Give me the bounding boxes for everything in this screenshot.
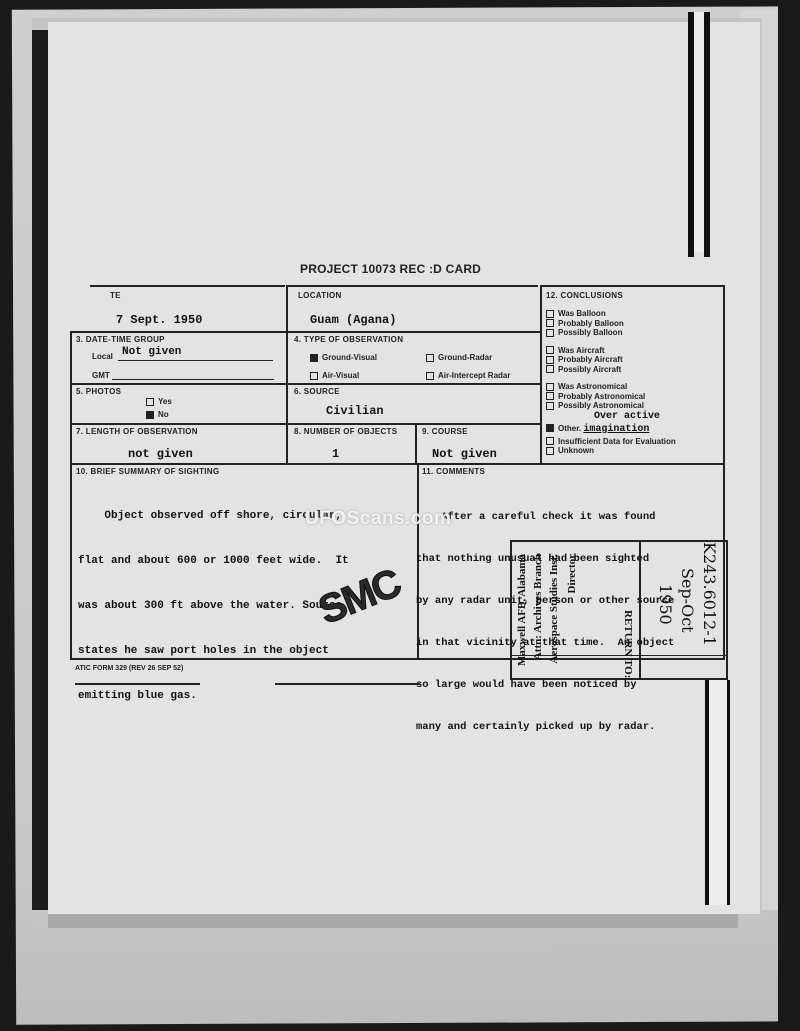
date-time-group-label: 3. DATE-TIME GROUP	[76, 335, 165, 344]
binder-strip-bottom	[705, 680, 729, 905]
rule	[70, 331, 542, 333]
checked-box-icon	[310, 354, 318, 362]
rule	[90, 285, 285, 287]
local-value: Not given	[122, 346, 181, 358]
empty-box-icon	[546, 383, 554, 391]
empty-box-icon	[426, 372, 434, 380]
conclusion-possibly-astronomical[interactable]: Possibly Astronomical	[546, 401, 676, 411]
return-address-line-1: Director	[566, 554, 578, 594]
source-label: 6. SOURCE	[294, 387, 340, 396]
rule	[540, 285, 542, 463]
checked-box-icon	[546, 424, 554, 432]
other-value: imagination	[583, 424, 649, 435]
rule	[286, 285, 288, 463]
empty-box-icon	[546, 319, 554, 327]
footer-rule	[75, 683, 200, 685]
rule	[726, 540, 728, 680]
checkbox-air-visual[interactable]: Air-Visual	[310, 371, 359, 380]
empty-box-icon	[426, 354, 434, 362]
gmt-label: GMT	[92, 371, 110, 380]
conclusion-possibly-balloon[interactable]: Possibly Balloon	[546, 328, 676, 338]
conclusion-probably-astronomical[interactable]: Probably Astronomical	[546, 392, 676, 402]
checkbox-photos-yes[interactable]: Yes	[146, 397, 172, 406]
type-of-observation-label: 4. TYPE OF OBSERVATION	[294, 335, 403, 344]
return-address-line-4: Maxwell AFB, Alabama	[516, 554, 528, 666]
date-label: TE	[110, 291, 121, 300]
form-footer: ATIC FORM 329 (REV 26 SEP 52)	[75, 665, 183, 672]
other-annotation: Over active	[594, 411, 724, 422]
conclusion-was-astronomical[interactable]: Was Astronomical	[546, 382, 676, 392]
handwritten-year: 1950	[656, 584, 675, 625]
local-label: Local	[92, 352, 113, 361]
conclusion-probably-aircraft[interactable]: Probably Aircraft	[546, 355, 676, 365]
empty-box-icon	[546, 356, 554, 364]
rule	[415, 423, 417, 463]
photos-label: 5. PHOTOS	[76, 387, 121, 396]
empty-box-icon	[310, 372, 318, 380]
conclusions-list: Was Balloon Probably Balloon Possibly Ba…	[546, 309, 676, 456]
checked-box-icon	[146, 411, 154, 419]
handwritten-reference: K243.6012-1	[700, 542, 719, 646]
conclusion-other[interactable]: Other. imagination	[546, 422, 676, 437]
location-label: LOCATION	[298, 291, 342, 300]
watermark: UFOScans.com	[305, 508, 451, 530]
rule	[70, 423, 542, 425]
conclusion-insufficient-data[interactable]: Insufficient Data for Evaluation	[546, 437, 676, 447]
course-label: 9. COURSE	[422, 427, 468, 436]
conclusion-probably-balloon[interactable]: Probably Balloon	[546, 319, 676, 329]
rule	[510, 540, 728, 542]
summary-label: 10. BRIEF SUMMARY OF SIGHTING	[76, 467, 219, 476]
location-value: Guam (Agana)	[310, 313, 396, 327]
conclusion-was-aircraft[interactable]: Was Aircraft	[546, 346, 676, 356]
number-of-objects-label: 8. NUMBER OF OBJECTS	[294, 427, 397, 436]
rule	[70, 331, 72, 660]
right-dark-edge	[778, 0, 800, 1031]
return-to-label: RETURN TO:	[622, 610, 634, 678]
empty-box-icon	[546, 365, 554, 373]
empty-box-icon	[146, 398, 154, 406]
source-value: Civilian	[326, 404, 384, 418]
empty-box-icon	[546, 447, 554, 455]
conclusion-possibly-aircraft[interactable]: Possibly Aircraft	[546, 365, 676, 375]
card-title: PROJECT 10073 REC :D CARD	[300, 262, 481, 276]
rule	[70, 463, 725, 465]
comments-label: 11. COMMENTS	[422, 467, 485, 476]
course-value: Not given	[432, 447, 497, 461]
return-address-line-3: Attn: Archives Branch	[532, 554, 544, 660]
empty-box-icon	[546, 437, 554, 445]
return-stamp: Maxwell AFB, Alabama Attn: Archives Bran…	[510, 540, 728, 680]
checkbox-air-intercept-radar[interactable]: Air-Intercept Radar	[426, 371, 510, 380]
rule	[639, 540, 641, 680]
length-of-observation-label: 7. LENGTH OF OBSERVATION	[76, 427, 198, 436]
empty-box-icon	[546, 329, 554, 337]
conclusion-unknown[interactable]: Unknown	[546, 446, 676, 456]
rule	[70, 383, 542, 385]
handwritten-months: Sep-Oct	[678, 568, 697, 633]
date-value: 7 Sept. 1950	[116, 313, 202, 327]
rule	[288, 285, 538, 287]
binder-strip-top	[688, 12, 712, 257]
checkbox-ground-radar[interactable]: Ground-Radar	[426, 353, 492, 362]
empty-box-icon	[546, 346, 554, 354]
local-underline	[118, 360, 273, 361]
return-address-line-2: Aerospace Studies Inst.	[548, 554, 560, 664]
rule	[510, 540, 512, 680]
footer-rule	[275, 683, 420, 685]
empty-box-icon	[546, 310, 554, 318]
checkbox-photos-no[interactable]: No	[146, 410, 169, 419]
conclusions-label: 12. CONCLUSIONS	[546, 291, 623, 300]
number-of-objects-value: 1	[332, 447, 339, 461]
length-of-observation-value: not given	[128, 447, 193, 461]
paper-bottom-shadow	[48, 914, 738, 928]
empty-box-icon	[546, 402, 554, 410]
rule	[510, 678, 728, 680]
checkbox-ground-visual[interactable]: Ground-Visual	[310, 353, 377, 362]
gmt-underline	[112, 379, 274, 380]
conclusion-was-balloon[interactable]: Was Balloon	[546, 309, 676, 319]
empty-box-icon	[546, 392, 554, 400]
rule	[540, 285, 725, 287]
